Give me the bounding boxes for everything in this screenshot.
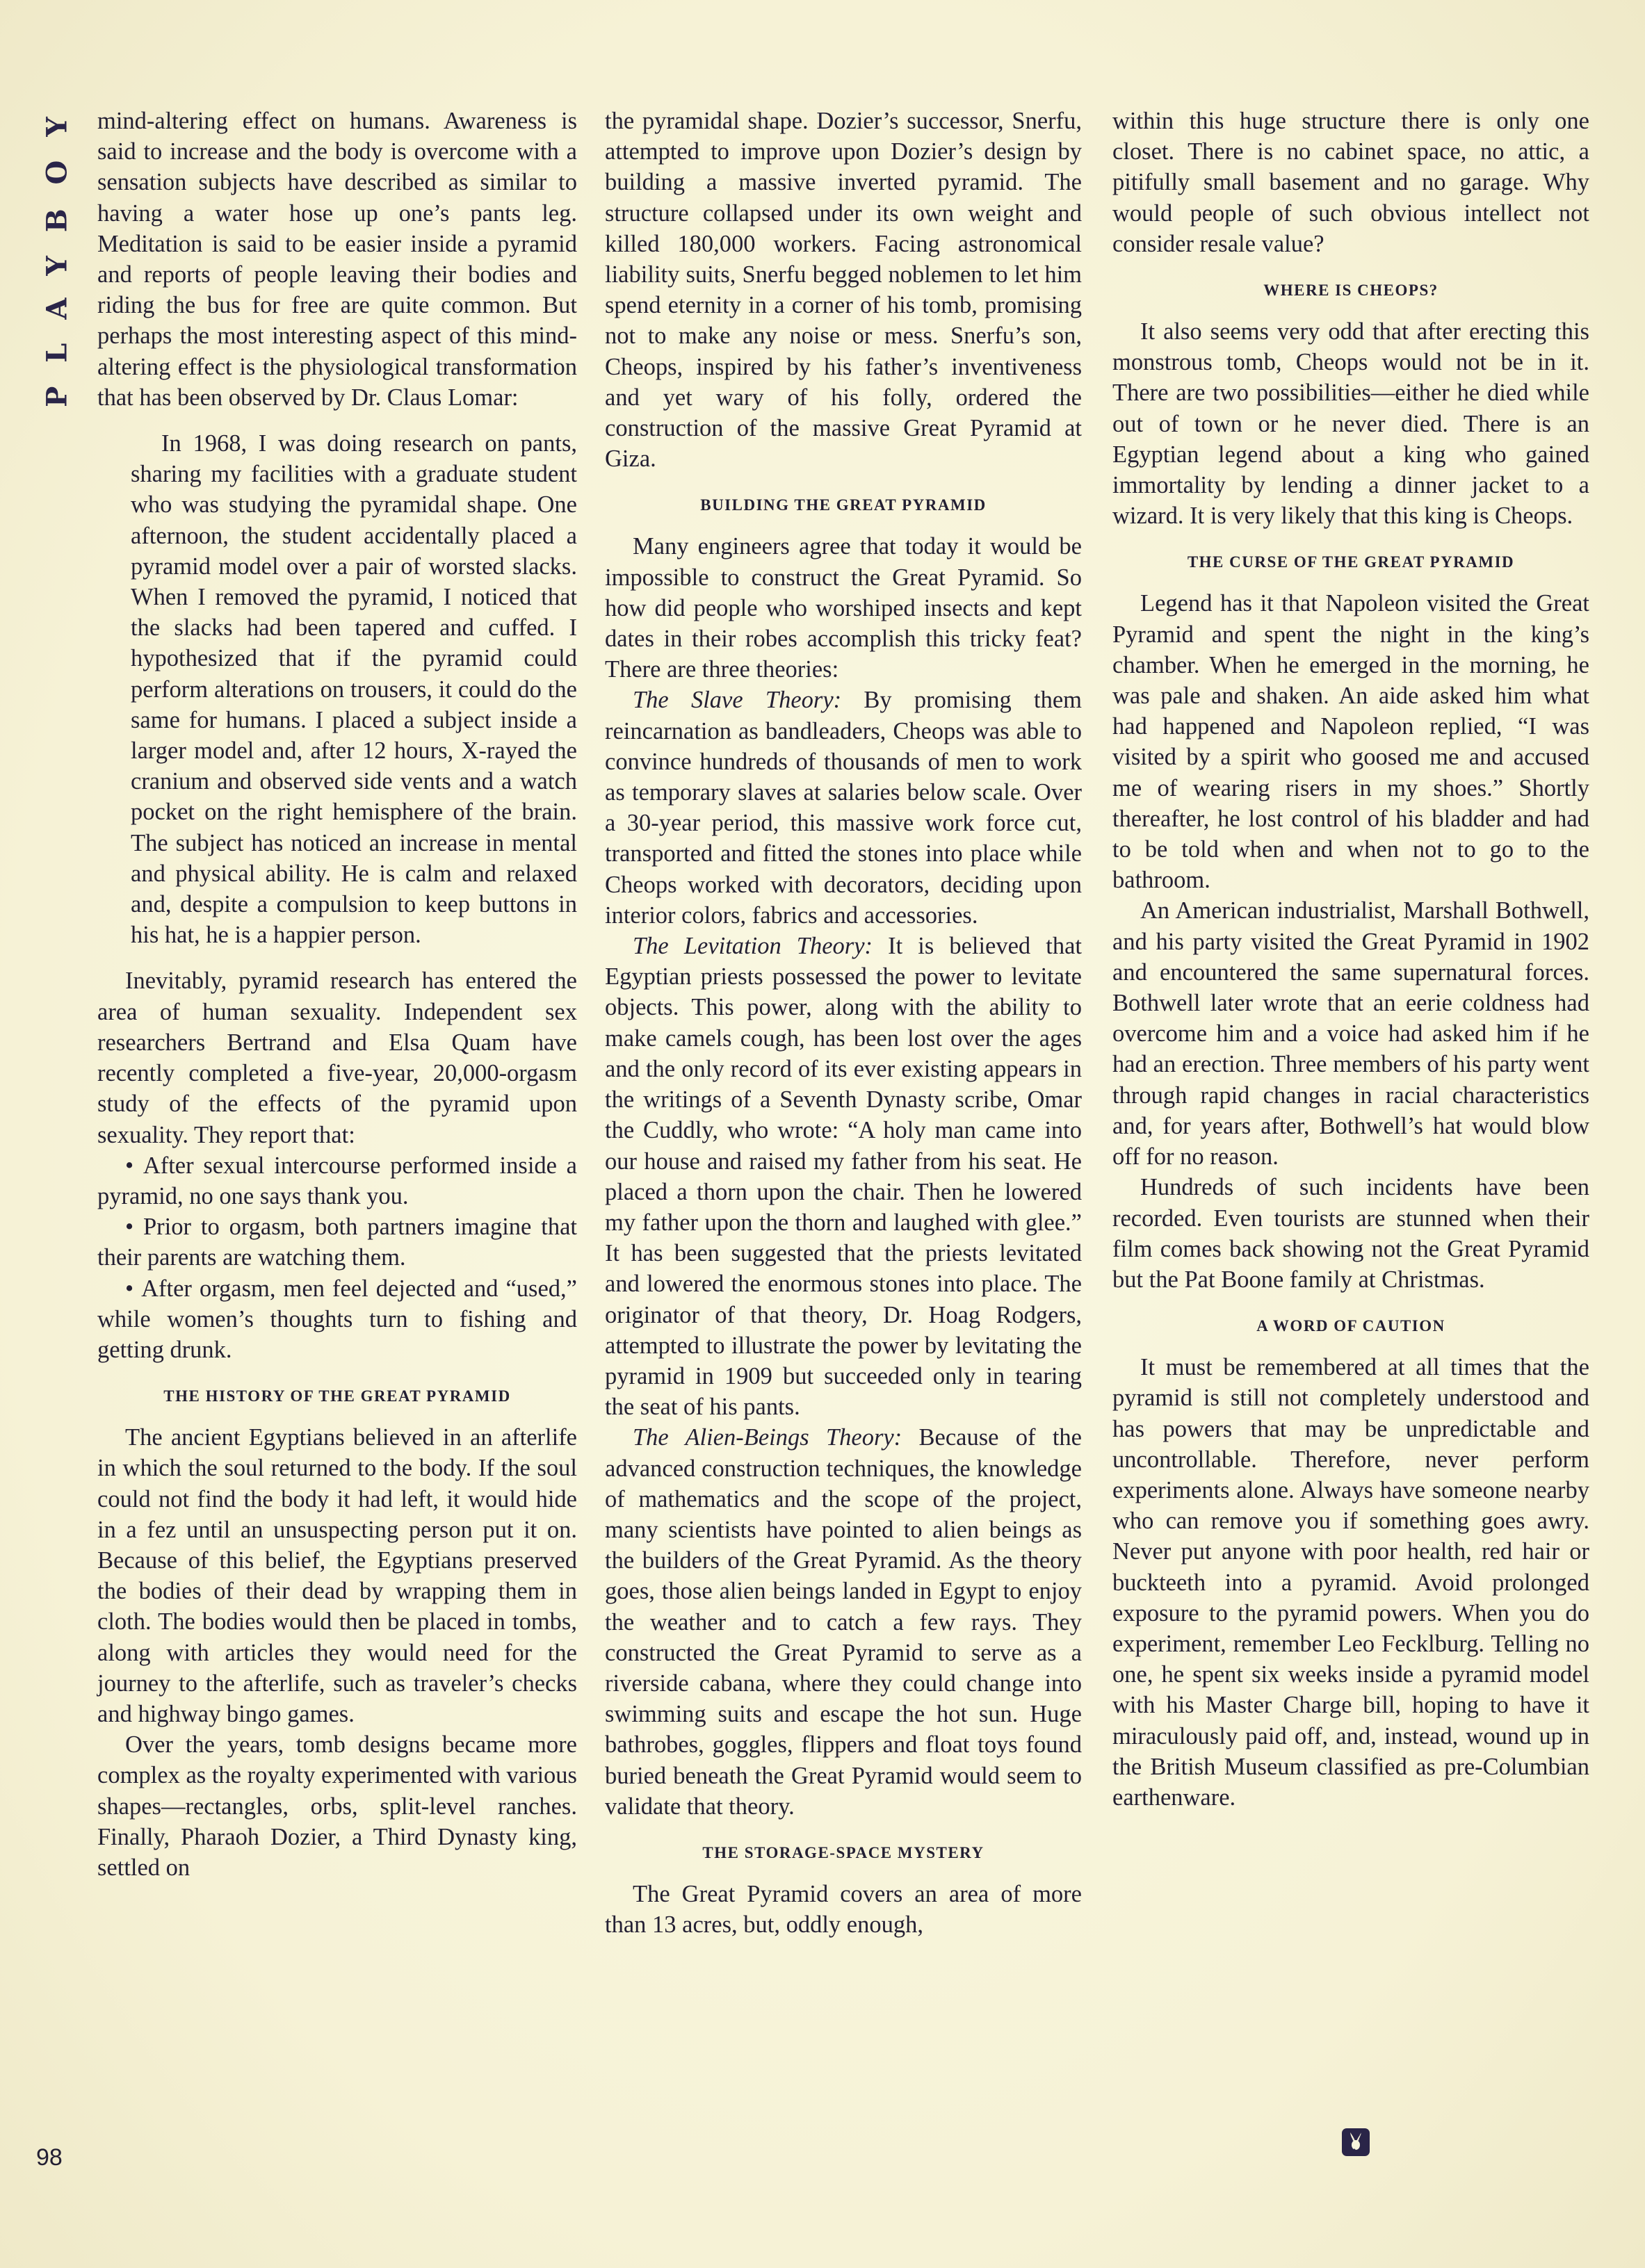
- section-heading: THE CURSE OF THE GREAT PYRAMID: [1112, 552, 1589, 573]
- rabbit-head-icon: [1342, 2128, 1370, 2156]
- paragraph: within this huge structure there is only…: [1112, 106, 1589, 259]
- paragraph: Over the years, tomb designs became more…: [97, 1729, 577, 1883]
- column-3: within this huge structure there is only…: [1112, 106, 1589, 1813]
- magazine-page: PLAYBOY 98 mind-altering effect on human…: [0, 0, 1645, 2268]
- theory-title: The Slave Theory:: [633, 687, 841, 713]
- paragraph: The Great Pyramid covers an area of more…: [605, 1879, 1082, 1940]
- theory-paragraph: The Alien-Beings Theory: Because of the …: [605, 1422, 1082, 1822]
- rabbit-head-glyph: [1347, 2132, 1364, 2153]
- section-heading: A WORD OF CAUTION: [1112, 1316, 1589, 1337]
- block-quote: In 1968, I was doing research on pants, …: [131, 428, 577, 950]
- section-heading: WHERE IS CHEOPS?: [1112, 280, 1589, 301]
- section-heading: BUILDING THE GREAT PYRAMID: [605, 495, 1082, 516]
- bullet-item: Prior to orgasm, both partners imagine t…: [97, 1211, 577, 1273]
- page-number: 98: [36, 2144, 63, 2171]
- paragraph: Inevitably, pyramid research has entered…: [97, 965, 577, 1150]
- column-2: the pyramidal shape. Dozier’s successor,…: [605, 106, 1082, 1940]
- paragraph: the pyramidal shape. Dozier’s successor,…: [605, 106, 1082, 474]
- theory-body: Because of the advanced construction tec…: [605, 1424, 1082, 1819]
- theory-title: The Levitation Theory:: [633, 933, 873, 959]
- sidebar-magazine-title: PLAYBOY: [36, 104, 78, 396]
- bullet-item: After sexual intercourse performed insid…: [97, 1150, 577, 1211]
- theory-body: By promising them reincarnation as bandl…: [605, 687, 1082, 928]
- paragraph: mind-altering effect on humans. Awarenes…: [97, 106, 577, 413]
- magazine-title-vertical: PLAYBOY: [41, 93, 74, 407]
- paragraph: It must be remembered at all times that …: [1112, 1352, 1589, 1813]
- theory-title: The Alien-Beings Theory:: [633, 1424, 902, 1451]
- bullet-item: After orgasm, men feel dejected and “use…: [97, 1273, 577, 1366]
- section-heading: THE HISTORY OF THE GREAT PYRAMID: [97, 1386, 577, 1407]
- paragraph: Legend has it that Napoleon visited the …: [1112, 588, 1589, 895]
- paragraph: Many engineers agree that today it would…: [605, 531, 1082, 685]
- paragraph: The ancient Egyptians believed in an aft…: [97, 1422, 577, 1729]
- paragraph: It also seems very odd that after erecti…: [1112, 316, 1589, 531]
- theory-paragraph: The Levitation Theory: It is believed th…: [605, 931, 1082, 1422]
- paragraph: Hundreds of such incidents have been rec…: [1112, 1172, 1589, 1295]
- paragraph: An American industrialist, Marshall Both…: [1112, 895, 1589, 1172]
- theory-body: It is believed that Egyptian priests pos…: [605, 933, 1082, 1420]
- section-heading: THE STORAGE-SPACE MYSTERY: [605, 1843, 1082, 1863]
- column-1: mind-altering effect on humans. Awarenes…: [97, 106, 577, 1883]
- quote-paragraph: In 1968, I was doing research on pants, …: [131, 428, 577, 950]
- theory-paragraph: The Slave Theory: By promising them rein…: [605, 685, 1082, 931]
